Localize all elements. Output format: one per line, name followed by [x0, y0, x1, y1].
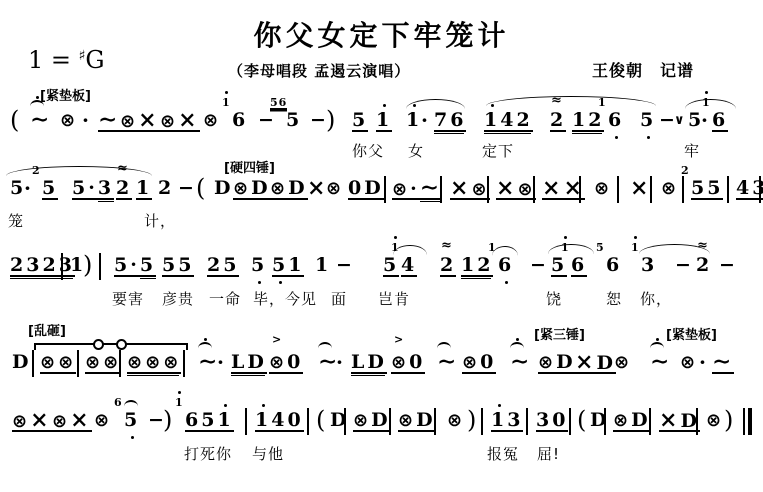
score-token: D [590, 410, 609, 430]
score-token: ×⊗ [450, 178, 490, 200]
slur-arc [685, 99, 736, 109]
score-token: 255 [691, 178, 723, 200]
lyric-text: 面 [331, 288, 347, 309]
barline [119, 350, 121, 377]
score-token: 51 [272, 255, 304, 277]
slur-arc [6, 166, 152, 176]
score-token: 12 [572, 110, 604, 132]
score-token: ⊗× [12, 410, 52, 432]
score-token: ⊗× [52, 410, 92, 432]
score-token: 30 [536, 410, 568, 432]
score-token: ) [83, 255, 95, 275]
percussion-pattern-label: [紧三锤] [534, 324, 585, 343]
score-token: 5 [551, 255, 567, 277]
barline [183, 350, 185, 377]
score-token: 16 [498, 255, 514, 275]
final-barline-thin [743, 408, 745, 435]
score-token: ( [577, 410, 589, 430]
score-token: ) [163, 410, 175, 430]
lyric-text: 毕，今见 [253, 288, 317, 309]
lyric-text: 屈! [537, 443, 560, 464]
score-token: 5·5 [114, 255, 156, 277]
barline [389, 408, 391, 435]
score-token: 13 [641, 255, 657, 275]
slur-arc [406, 99, 465, 109]
barline [682, 176, 684, 203]
score-token: ∼ [650, 352, 672, 372]
barline [579, 176, 581, 203]
final-barline-thick [748, 408, 752, 435]
barline [32, 350, 34, 377]
repeat-bracket [34, 343, 188, 350]
barline [481, 408, 483, 435]
score-token: − [336, 255, 355, 275]
score-token: − [258, 110, 277, 130]
lyric-text: 笼 [8, 210, 24, 231]
grace-note: 1 [631, 242, 640, 253]
lyric-text: 打死你 [184, 443, 232, 464]
score-token: ⊗ [706, 410, 724, 430]
score-token: − [530, 255, 549, 275]
barline [533, 176, 535, 203]
score-token: ⊗D [613, 410, 651, 432]
score-token: ⊗⊗ [85, 352, 121, 374]
score-token: ×⊗ [496, 178, 536, 200]
score-token: ⊗D [538, 352, 576, 374]
barline [99, 253, 101, 280]
score-token: 1 [406, 110, 422, 130]
score-token: ⊗ [614, 352, 632, 372]
barline [526, 408, 528, 435]
score-token: ⊗D [270, 178, 308, 200]
score-token: D [214, 178, 233, 198]
tremolo-ornament-icon: ≈ [441, 240, 452, 252]
score-token: 13 [491, 410, 523, 432]
barline [569, 408, 571, 435]
score-token: ≈2 [550, 110, 566, 132]
score-token: ⊗ [326, 178, 344, 198]
score-token: >⊗0 [391, 352, 425, 374]
score-token: · [336, 352, 346, 372]
percussion-pattern-label: [乱砸] [28, 320, 66, 339]
score-token: ∨ [674, 110, 688, 130]
score-token: 5 [640, 110, 656, 130]
percussion-pattern-label: [紧垫板] [40, 85, 91, 104]
sheet-music-page: 你父女定下牢笼计 1 = ♯G （李母唱段 孟遏云演唱） 王俊朝 记谱 [紧垫板… [0, 0, 763, 492]
score-token: 565 [286, 110, 302, 130]
accent-mark-icon: > [394, 335, 403, 345]
lyric-text: 报冤 [487, 443, 519, 464]
score-token: 5 [251, 255, 267, 275]
score-token: ∼ [437, 352, 459, 372]
grace-note: 1 [222, 97, 231, 108]
barline [727, 176, 729, 203]
score-token: LD [351, 352, 387, 374]
score-token: · [82, 110, 92, 130]
score-token: ∼ [30, 110, 52, 130]
lyric-text: 定下 [482, 140, 514, 161]
score-token: 16 [608, 110, 624, 130]
score-token: × [630, 178, 651, 198]
lyric-text: 你， [640, 288, 672, 309]
score-token: ⊗ [203, 110, 221, 130]
score-token: 55 [162, 255, 194, 277]
score-token: · [699, 352, 709, 372]
score-token: LD [231, 352, 267, 374]
score-token: ×D [659, 410, 700, 432]
score-token: ∼ [712, 352, 734, 374]
score-token: 1 [376, 110, 392, 132]
score-area: [紧垫板](∼⊗·∼⊗×⊗×⊗16−565−)511·76142≈212165−… [0, 0, 763, 492]
lyric-text: 岂肯 [378, 288, 410, 309]
score-token: · [421, 110, 431, 130]
score-token: · [701, 110, 711, 130]
score-token: ×D [575, 352, 616, 374]
score-token: ∼ [98, 110, 120, 132]
lyric-text: 一命 [209, 288, 241, 309]
score-token: · [217, 352, 227, 372]
score-token: ≈2 [440, 255, 456, 277]
grace-note: 56 [270, 97, 287, 109]
score-token: ⊗D [233, 178, 271, 200]
score-token: ⊗ [661, 178, 679, 198]
score-token: ⊗× [120, 110, 160, 132]
score-token: 5 [352, 110, 368, 132]
lyric-text: 计， [144, 210, 176, 231]
lyric-text: 你父 [352, 140, 384, 161]
slur-arc [393, 245, 427, 255]
score-token: 1 [315, 255, 331, 275]
score-token: ⊗ [594, 178, 612, 198]
score-token: 1651 [185, 410, 234, 432]
score-token: 12 [461, 255, 493, 277]
score-token: >⊗0 [269, 352, 303, 374]
score-token: 25 [42, 178, 58, 200]
barline [696, 408, 698, 435]
score-token: ⊗⊗⊗ [127, 352, 181, 374]
score-token: ⊗ [447, 410, 465, 430]
score-token: ⊗0 [462, 352, 496, 374]
barline [434, 408, 436, 435]
lyric-text: 恕 [606, 288, 622, 309]
score-token: · [24, 178, 34, 198]
barline [604, 408, 606, 435]
score-token: ≈2 [696, 255, 712, 275]
score-token: ⊗D [398, 410, 436, 432]
score-token: ⊗⊗ [40, 352, 76, 374]
lyric-text: 与他 [252, 443, 284, 464]
score-token: 5·3 [72, 178, 114, 200]
score-token: ) [467, 410, 479, 430]
score-token: − [719, 255, 738, 275]
barline [617, 176, 619, 203]
lyric-text: 女 [408, 140, 424, 161]
percussion-pattern-label: [紧垫板] [666, 324, 717, 343]
score-token: 1 [136, 178, 152, 200]
barline [307, 408, 309, 435]
score-token: 25 [207, 255, 239, 277]
score-token: − [675, 255, 694, 275]
barline [487, 176, 489, 203]
score-token: 16 [232, 110, 248, 130]
score-token: − [178, 178, 197, 198]
score-token: ≈2 [116, 178, 132, 200]
grace-note: 5 [596, 242, 605, 253]
grace-note: 6 [114, 397, 123, 408]
score-token: 65 [124, 410, 140, 430]
barline [61, 253, 63, 280]
barline [649, 408, 651, 435]
bracket-circle [116, 339, 127, 350]
barline [759, 176, 761, 203]
lyric-text: 彦贵 [162, 288, 194, 309]
slur-arc [492, 246, 518, 256]
score-token: D [330, 410, 349, 430]
barline [440, 176, 442, 203]
barline [77, 350, 79, 377]
score-token: ⊗ [94, 410, 112, 430]
lyric-text: 要害 [112, 288, 144, 309]
lyric-text: 饶 [546, 288, 562, 309]
score-token: ⊗·∼ [392, 178, 442, 200]
score-token: 56 [606, 255, 622, 275]
score-token: 140 [255, 410, 304, 432]
barline [384, 176, 386, 203]
slur-arc [548, 244, 594, 254]
score-token: ) [326, 110, 338, 130]
score-token: 0D [348, 178, 384, 200]
score-token: ∼ [510, 352, 532, 372]
percussion-pattern-label: [硬四锤] [224, 157, 275, 176]
lyric-text: 牢 [684, 140, 700, 161]
score-token: ( [10, 110, 22, 130]
score-token: 16 [571, 255, 587, 277]
score-token: 14 [401, 255, 417, 277]
score-token: 142 [484, 110, 533, 132]
score-token: ) [724, 410, 736, 430]
arc-ornament-icon [124, 400, 138, 409]
score-token: ⊗× [160, 110, 200, 132]
score-token: ( [316, 410, 328, 430]
score-token: D [12, 352, 31, 372]
slur-arc [486, 96, 656, 106]
score-token: 2 [158, 178, 174, 198]
barline [650, 176, 652, 203]
grace-note: 2 [681, 165, 690, 176]
grace-note: 1 [175, 397, 184, 408]
score-token: ( [196, 178, 208, 198]
bracket-circle [93, 339, 104, 350]
score-token: 5 [383, 255, 399, 277]
score-token: 76 [434, 110, 466, 132]
score-token: ⊗ [60, 110, 78, 130]
score-token: ⊗D [353, 410, 391, 432]
accent-mark-icon: > [272, 335, 281, 345]
score-token: ⊗ [680, 352, 698, 372]
barline [344, 408, 346, 435]
barline [245, 408, 247, 435]
score-token: 16 [712, 110, 728, 132]
score-token: 2323 [10, 255, 75, 277]
